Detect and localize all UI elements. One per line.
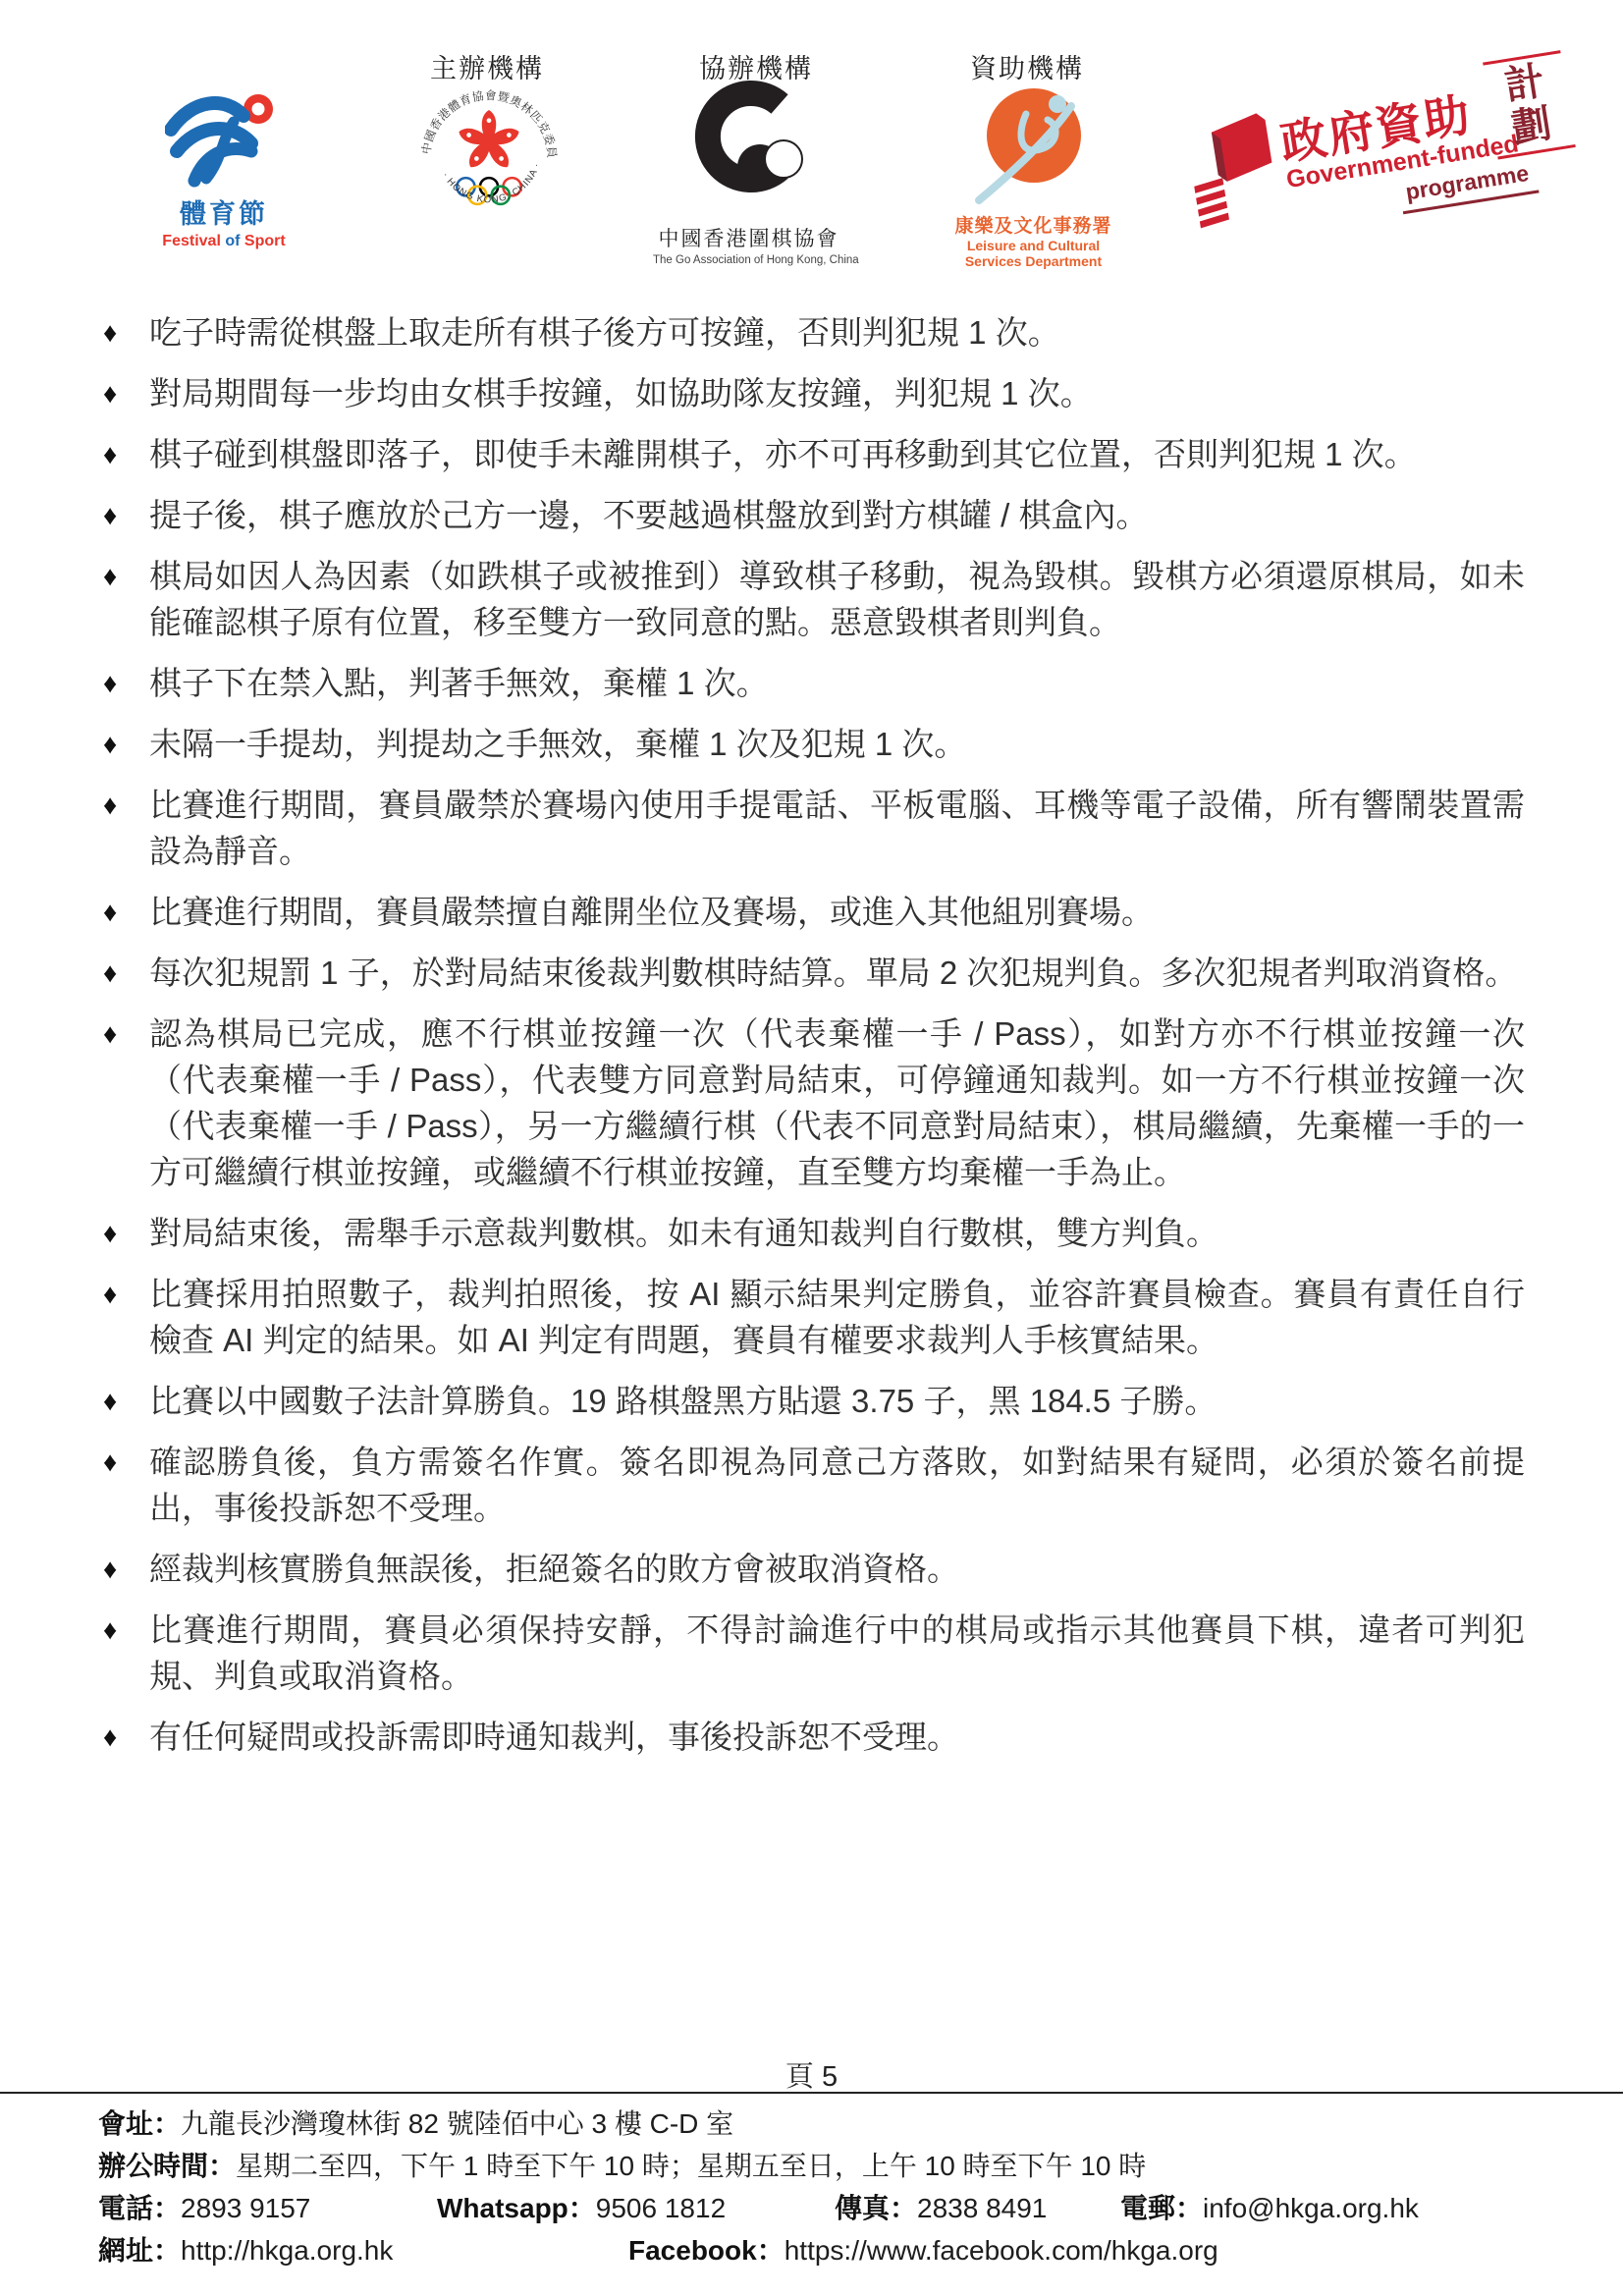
rule-text: 比賽進行期間，賽員嚴禁擅自離開坐位及賽場，或進入其他組別賽場。 [149,894,1154,930]
whatsapp-pair: Whatsapp：9506 1812 [437,2187,726,2226]
phone-pair: 電話：2893 9157 [98,2187,310,2226]
rule-item: ♦ 吃子時需從棋盤上取走所有棋子後方可按鐘，否則判犯規 1 次。 [103,309,1525,355]
rule-item: ♦ 比賽進行期間，賽員嚴禁於賽場內使用手提電話、平板電腦、耳機等電子設備，所有響… [103,782,1525,874]
go-association-icon [685,77,813,214]
rule-text: 比賽採用拍照數子，裁判拍照後，按 AI 顯示結果判定勝負，並容許賽員檢查。賽員有… [149,1276,1525,1358]
facebook-value[interactable]: https://www.facebook.com/hkga.org [784,2235,1218,2266]
rule-item: ♦ 比賽以中國數子法計算勝負。19 路棋盤黑方貼還 3.75 子，黑 184.5… [103,1378,1525,1424]
diamond-bullet-icon: ♦ [103,1271,117,1317]
rule-text: 有任何疑問或投訴需即時通知裁判，事後投訴恕不受理。 [149,1719,959,1755]
whatsapp-value: 9506 1812 [596,2193,726,2223]
fax-pair: 傳真：2838 8491 [835,2187,1047,2226]
footer-contact-row: 電話：2893 9157 Whatsapp：9506 1812 傳真：2838 … [98,2187,1603,2226]
rule-item: ♦ 經裁判核實勝負無誤後，拒絕簽名的敗方會被取消資格。 [103,1546,1525,1592]
footer-hours-row: 辦公時間：星期二至四，下午 1 時至下午 10 時；星期五至日，上午 10 時至… [98,2145,1603,2184]
facebook-label: Facebook： [628,2235,784,2266]
rule-item: ♦ 對局期間每一步均由女棋手按鐘，如協助隊友按鐘，判犯規 1 次。 [103,370,1525,416]
rules-list: ♦ 吃子時需從棋盤上取走所有棋子後方可按鐘，否則判犯規 1 次。 ♦ 對局期間每… [103,309,1525,1775]
rule-text: 棋子碰到棋盤即落子，即使手未離開棋子，亦不可再移動到其它位置，否則判犯規 1 次… [149,436,1417,472]
lcsd-name-en-line2: Services Department [943,253,1124,269]
diamond-bullet-icon: ♦ [103,889,117,935]
rule-text: 對局期間每一步均由女棋手按鐘，如協助隊友按鐘，判犯規 1 次。 [149,375,1093,411]
rule-item: ♦ 確認勝負後，負方需簽名作實。簽名即視為同意己方落敗，如對結果有疑問，必須於簽… [103,1439,1525,1531]
rule-item: ♦ 棋局如因人為因素（如跌棋子或被推到）導致棋子移動，視為毀棋。毀棋方必須還原棋… [103,553,1525,645]
footer-links-row: 網址：http://hkga.org.hk Facebook：https://w… [98,2229,1603,2269]
facebook-pair: Facebook：https://www.facebook.com/hkga.o… [628,2229,1218,2269]
diamond-bullet-icon: ♦ [103,1714,117,1760]
phone-value: 2893 9157 [181,2193,310,2223]
diamond-bullet-icon: ♦ [103,1439,117,1485]
rule-item: ♦ 比賽採用拍照數子，裁判拍照後，按 AI 顯示結果判定勝負，並容許賽員檢查。賽… [103,1271,1525,1363]
lcsd-name-en-line1: Leisure and Cultural [943,238,1124,253]
rule-text: 棋局如因人為因素（如跌棋子或被推到）導致棋子移動，視為毀棋。毀棋方必須還原棋局，… [149,558,1525,640]
lcsd-logo: 康樂及文化事務署 Leisure and Cultural Services D… [943,81,1124,269]
hk-olympic-committee-icon: 中國香港體育協會暨奧林匹克委員會 · HONG KONG, CHINA · [415,81,563,228]
diamond-bullet-icon: ♦ [103,431,117,477]
rule-item: ♦ 對局結束後，需舉手示意裁判數棋。如未有通知裁判自行數棋，雙方判負。 [103,1210,1525,1256]
diamond-bullet-icon: ♦ [103,1607,117,1653]
footer-address-row: 會址：九龍長沙灣瓊林街 82 號陸佰中心 3 樓 C-D 室 [98,2103,1603,2142]
rule-text: 未隔一手提劫，判提劫之手無效，棄權 1 次及犯規 1 次。 [149,726,966,762]
rule-item: ♦ 每次犯規罰 1 子，於對局結束後裁判數棋時結算。單局 2 次犯規判負。多次犯… [103,950,1525,996]
festival-of-sport-logo: 體育節 Festival of Sport [135,90,312,250]
rule-text: 對局結束後，需舉手示意裁判數棋。如未有通知裁判自行數棋，雙方判負。 [149,1215,1218,1251]
diamond-bullet-icon: ♦ [103,1210,117,1256]
rule-item: ♦ 認為棋局已完成，應不行棋並按鐘一次（代表棄權一手 / Pass），如對方亦不… [103,1011,1525,1195]
festival-name-zh: 體育節 [135,192,312,231]
website-value[interactable]: http://hkga.org.hk [181,2235,393,2266]
rule-item: ♦ 未隔一手提劫，判提劫之手無效，棄權 1 次及犯規 1 次。 [103,721,1525,767]
rule-item: ♦ 比賽進行期間，賽員必須保持安靜，不得討論進行中的棋局或指示其他賽員下棋，違者… [103,1607,1525,1699]
page-number: 頁 5 [0,2054,1623,2095]
website-pair: 網址：http://hkga.org.hk [98,2229,393,2269]
address-value: 九龍長沙灣瓊林街 82 號陸佰中心 3 樓 C-D 室 [181,2108,733,2139]
diamond-bullet-icon: ♦ [103,721,117,767]
festival-of-sport-icon [165,90,283,191]
diamond-bullet-icon: ♦ [103,553,117,599]
diamond-bullet-icon: ♦ [103,1378,117,1424]
go-association-logo: 中國香港圍棋協會 The Go Association of Hong Kong… [653,77,844,266]
rule-text: 認為棋局已完成，應不行棋並按鐘一次（代表棄權一手 / Pass），如對方亦不行棋… [149,1015,1525,1190]
gov-funded-side-block: 計劃 [1483,47,1577,162]
diamond-bullet-icon: ♦ [103,1546,117,1592]
email-pair: 電郵：info@hkga.org.hk [1120,2187,1419,2226]
diamond-bullet-icon: ♦ [103,1011,117,1057]
hk-olympic-committee-logo: 中國香港體育協會暨奧林匹克委員會 · HONG KONG, CHINA · [412,81,565,233]
fax-value: 2838 8491 [917,2193,1047,2223]
rule-text: 比賽進行期間，賽員嚴禁於賽場內使用手提電話、平板電腦、耳機等電子設備，所有響鬧裝… [149,787,1525,869]
rule-text: 棋子下在禁入點，判著手無效，棄權 1 次。 [149,665,769,701]
go-association-name-en: The Go Association of Hong Kong, China [653,254,844,266]
diamond-bullet-icon: ♦ [103,492,117,538]
svg-text:· HONG KONG, CHINA ·: · HONG KONG, CHINA · [440,161,543,205]
diamond-bullet-icon: ♦ [103,660,117,706]
rule-text: 確認勝負後，負方需簽名作實。簽名即視為同意己方落敗，如對結果有疑問，必須於簽名前… [149,1444,1525,1526]
gov-funded-zh-side: 計劃 [1484,56,1575,153]
diamond-bullet-icon: ♦ [103,950,117,996]
email-value[interactable]: info@hkga.org.hk [1203,2193,1419,2223]
rule-text: 吃子時需從棋盤上取走所有棋子後方可按鐘，否則判犯規 1 次。 [149,314,1060,351]
lcsd-name-zh: 康樂及文化事務署 [943,211,1124,238]
rule-text: 比賽以中國數子法計算勝負。19 路棋盤黑方貼還 3.75 子，黑 184.5 子… [149,1383,1217,1419]
document-page: 主辦機構 協辦機構 資助機構 體育節 Festival of Sport 中國香… [0,0,1623,2296]
rule-item: ♦ 棋子下在禁入點，判著手無效，棄權 1 次。 [103,660,1525,706]
fax-label: 傳真： [835,2193,917,2223]
rule-item: ♦ 棋子碰到棋盤即落子，即使手未離開棋子，亦不可再移動到其它位置，否則判犯規 1… [103,431,1525,477]
government-funded-logo: 政府資助 Government-funded programme 計劃 [1179,48,1583,268]
lcsd-icon [975,81,1093,204]
address-label: 會址： [98,2108,181,2139]
festival-name-en: Festival of Sport [135,233,312,250]
diamond-bullet-icon: ♦ [103,782,117,828]
phone-label: 電話： [98,2193,181,2223]
government-funded-icon [1181,106,1283,240]
website-label: 網址： [98,2235,181,2266]
rule-item: ♦ 提子後，棋子應放於己方一邊，不要越過棋盤放到對方棋罐 / 棋盒內。 [103,492,1525,538]
rule-text: 提子後，棋子應放於己方一邊，不要越過棋盤放到對方棋罐 / 棋盒內。 [149,497,1149,533]
whatsapp-label: Whatsapp： [437,2193,596,2223]
diamond-bullet-icon: ♦ [103,309,117,355]
diamond-bullet-icon: ♦ [103,370,117,416]
footer-divider [0,2092,1623,2094]
rule-text: 經裁判核實勝負無誤後，拒絕簽名的敗方會被取消資格。 [149,1551,959,1587]
rule-item: ♦ 有任何疑問或投訴需即時通知裁判，事後投訴恕不受理。 [103,1714,1525,1760]
rule-text: 比賽進行期間，賽員必須保持安靜，不得討論進行中的棋局或指示其他賽員下棋，違者可判… [149,1612,1525,1694]
rule-item: ♦ 比賽進行期間，賽員嚴禁擅自離開坐位及賽場，或進入其他組別賽場。 [103,889,1525,935]
office-hours-label: 辦公時間： [98,2151,236,2181]
go-association-name-zh: 中國香港圍棋協會 [653,223,844,252]
olympic-arc-bottom-text: · HONG KONG, CHINA · [440,161,543,205]
office-hours-value: 星期二至四，下午 1 時至下午 10 時；星期五至日，上午 10 時至下午 10… [236,2151,1146,2181]
email-label: 電郵： [1120,2193,1203,2223]
rule-text: 每次犯規罰 1 子，於對局結束後裁判數棋時結算。單局 2 次犯規判負。多次犯規者… [149,955,1517,991]
